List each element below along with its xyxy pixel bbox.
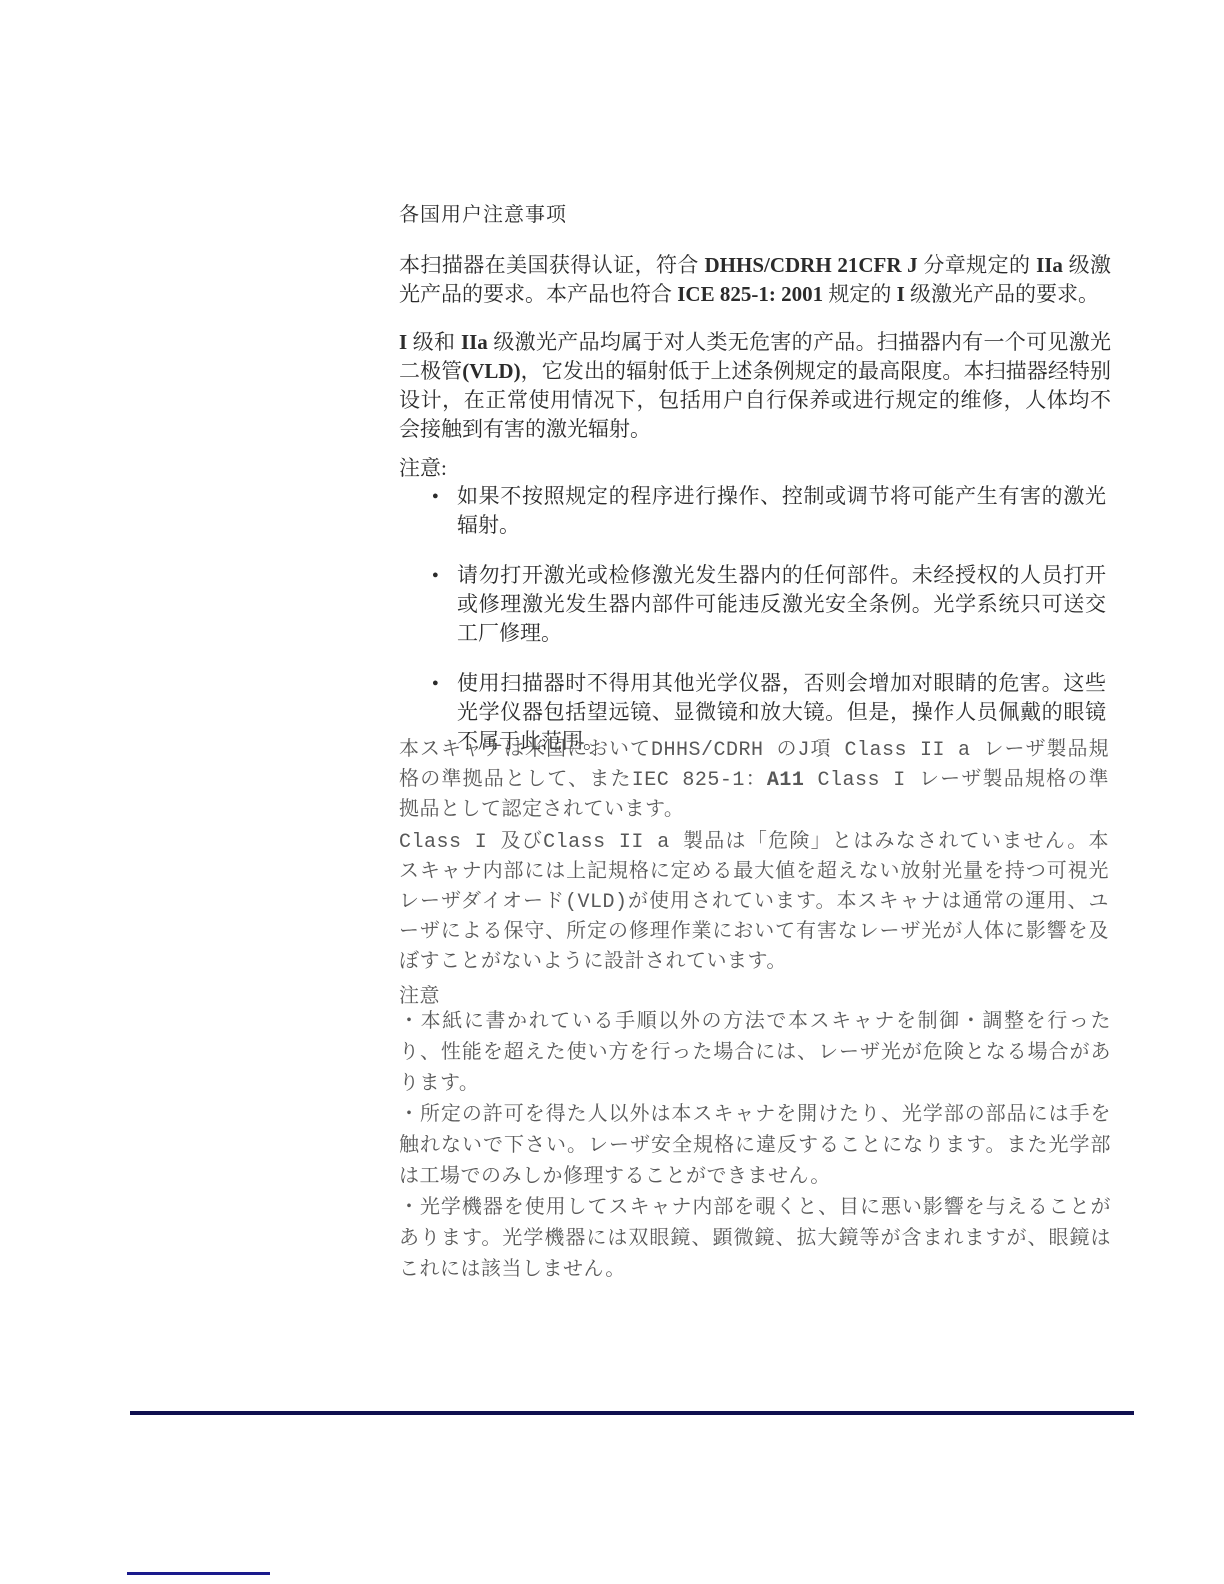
vld-abbreviation: (VLD) [462, 359, 520, 383]
cn-bullet-item: 如果不按照规定的程序进行操作、控制或调节将可能产生有害的激光辐射。 [432, 482, 1106, 540]
page-title: 各国用户注意事项 [399, 202, 567, 228]
cn-bullet-item: 请勿打开激光或检修激光发生器内的任何部件。未经授权的人员打开或修理激光发生器内部… [432, 561, 1106, 648]
jp-note-item: ・光学機器を使用してスキャナ内部を覗くと、目に悪い影響を与えることがあります。光… [399, 1193, 1111, 1286]
cn-note-label: 注意: [399, 454, 447, 483]
jp-laser-class-paragraph: Class I 及びClass II a 製品は「危険」とはみなされていません。… [399, 828, 1109, 978]
bullet-text: 如果不按照规定的程序进行操作、控制或调节将可能产生有害的激光辐射。 [457, 484, 1106, 537]
standard-reference: ICE 825-1: 2001 [677, 282, 823, 306]
standard-reference: DHHS/CDRH 21CFR J [704, 253, 917, 277]
cn-bullet-list: 如果不按照规定的程序进行操作、控制或调节将可能产生有害的激光辐射。 请勿打开激光… [432, 482, 1106, 756]
jp-note-list: ・本紙に書かれている手順以外の方法で本スキャナを制御・調整を行ったり、性能を超え… [399, 1007, 1111, 1286]
laser-class-label: I [399, 330, 407, 354]
jp-certification-paragraph: 本スキャナは米国においてDHHS/CDRH のJ項 Class II a レーザ… [399, 736, 1109, 826]
laser-class-label: I [897, 282, 905, 306]
jp-note-item: ・本紙に書かれている手順以外の方法で本スキャナを制御・調整を行ったり、性能を超え… [399, 1007, 1111, 1100]
standard-reference: A11 [767, 769, 805, 792]
laser-class-label: IIa [461, 330, 488, 354]
text-segment: 分章规定的 [918, 253, 1036, 277]
cn-laser-class-paragraph: I 级和 IIa 级激光产品均属于对人类无危害的产品。扫描器内有一个可见激光二极… [399, 328, 1111, 444]
footer-partial-rule [127, 1572, 270, 1575]
footer-rule [130, 1411, 1134, 1415]
bullet-text: 请勿打开激光或检修激光发生器内的任何部件。未经授权的人员打开或修理激光发生器内部… [457, 563, 1106, 645]
document-page: 各国用户注意事项 本扫描器在美国获得认证，符合 DHHS/CDRH 21CFR … [0, 0, 1224, 1584]
cn-certification-paragraph: 本扫描器在美国获得认证，符合 DHHS/CDRH 21CFR J 分章规定的 I… [399, 251, 1111, 309]
text-segment: 规定的 [823, 282, 897, 306]
text-segment: 级激光产品的要求。 [905, 282, 1099, 306]
text-segment: 级和 [407, 330, 461, 354]
laser-class-label: IIa [1036, 253, 1063, 277]
text-segment: 本扫描器在美国获得认证，符合 [399, 253, 704, 277]
jp-note-item: ・所定の許可を得た人以外は本スキャナを開けたり、光学部の部品には手を触れないで下… [399, 1100, 1111, 1193]
